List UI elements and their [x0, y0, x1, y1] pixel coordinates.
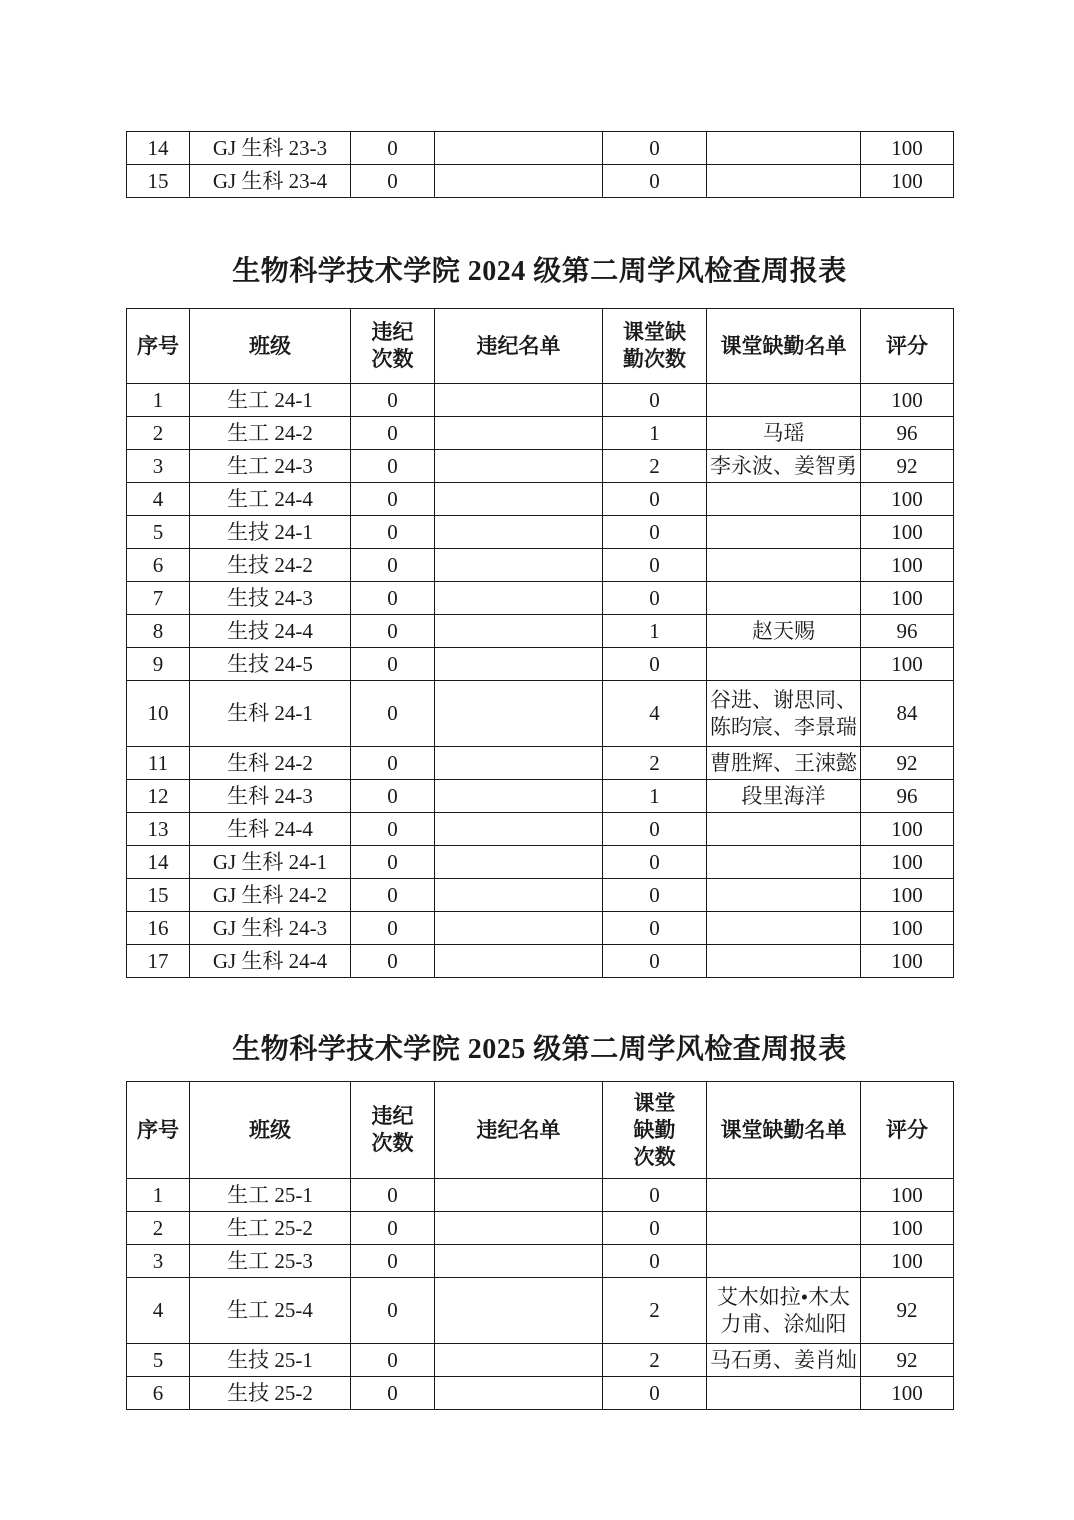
column-header: 班级	[190, 309, 351, 384]
table-cell	[435, 945, 603, 978]
table-cell: 1	[127, 384, 190, 417]
table-cell: 0	[351, 582, 435, 615]
table-row: 3生工 25-300100	[127, 1245, 954, 1278]
table-row: 12生科 24-301段里海洋96	[127, 780, 954, 813]
table-cell: GJ 生科 24-1	[190, 846, 351, 879]
column-header: 课堂缺勤名单	[707, 309, 861, 384]
header-row: 序号班级违纪 次数违纪名单课堂 缺勤 次数课堂缺勤名单评分	[127, 1082, 954, 1179]
table-cell: 14	[127, 132, 190, 165]
table-cell: 谷进、谢思同、 陈昀宸、李景瑞	[707, 681, 861, 747]
table-cell	[707, 1179, 861, 1212]
table-cell: 0	[351, 879, 435, 912]
table-cell: 生技 24-5	[190, 648, 351, 681]
report-title-2025: 生物科学技术学院 2025 级第二周学风检查周报表	[126, 1033, 953, 1067]
table-cell: 0	[351, 384, 435, 417]
table-cell: 生工 25-1	[190, 1179, 351, 1212]
table-cell	[707, 165, 861, 198]
table-cell: 9	[127, 648, 190, 681]
table-cell: 0	[351, 516, 435, 549]
table-cell: 100	[861, 582, 954, 615]
table-cell: 1	[603, 615, 707, 648]
table-cell: 100	[861, 648, 954, 681]
report-table-2023-partial: 14GJ 生科 23-30010015GJ 生科 23-400100	[126, 131, 954, 198]
table-cell: 生技 24-2	[190, 549, 351, 582]
table-row: 6生技 24-200100	[127, 549, 954, 582]
table-cell	[707, 582, 861, 615]
column-header: 评分	[861, 1082, 954, 1179]
table-cell: 生科 24-1	[190, 681, 351, 747]
column-header: 课堂缺勤名单	[707, 1082, 861, 1179]
column-header: 违纪名单	[435, 309, 603, 384]
table-cell: 100	[861, 945, 954, 978]
table-cell	[707, 384, 861, 417]
table-cell: 2	[603, 1344, 707, 1377]
table-cell: 0	[603, 549, 707, 582]
table-cell: 生技 25-2	[190, 1377, 351, 1410]
table-cell: 100	[861, 132, 954, 165]
table-cell: 李永波、姜智勇	[707, 450, 861, 483]
table-cell: 100	[861, 846, 954, 879]
table-cell	[707, 132, 861, 165]
table-cell: 100	[861, 1245, 954, 1278]
table-cell: 100	[861, 1212, 954, 1245]
table-cell	[435, 384, 603, 417]
table-cell: 2	[603, 450, 707, 483]
table-cell	[435, 879, 603, 912]
table-row: 11生科 24-202曹胜辉、王涑懿92	[127, 747, 954, 780]
table-cell: 16	[127, 912, 190, 945]
table-cell: 4	[127, 483, 190, 516]
table-cell: 0	[351, 1377, 435, 1410]
table-cell: 0	[351, 417, 435, 450]
table-cell: 0	[351, 945, 435, 978]
table-cell	[435, 516, 603, 549]
table-cell: 生工 25-2	[190, 1212, 351, 1245]
table-cell: 96	[861, 417, 954, 450]
table-cell: 生科 24-2	[190, 747, 351, 780]
table-cell: GJ 生科 24-3	[190, 912, 351, 945]
table-cell: 生科 24-3	[190, 780, 351, 813]
table-cell: 14	[127, 846, 190, 879]
table-cell: 6	[127, 1377, 190, 1410]
table-cell: 4	[127, 1278, 190, 1344]
column-header: 序号	[127, 309, 190, 384]
table-cell	[435, 1278, 603, 1344]
table-cell: 3	[127, 1245, 190, 1278]
column-header: 课堂 缺勤 次数	[603, 1082, 707, 1179]
top-whitespace	[0, 0, 1074, 131]
table-cell: 0	[351, 813, 435, 846]
table-cell: 生工 24-4	[190, 483, 351, 516]
table-cell: 100	[861, 384, 954, 417]
table-row: 6生技 25-200100	[127, 1377, 954, 1410]
table-cell: 92	[861, 450, 954, 483]
table-cell	[707, 1245, 861, 1278]
table-cell: 0	[351, 549, 435, 582]
table-cell	[707, 1212, 861, 1245]
table-cell: 96	[861, 615, 954, 648]
table-cell: 生工 25-3	[190, 1245, 351, 1278]
table-cell: 92	[861, 747, 954, 780]
table-cell: GJ 生科 24-4	[190, 945, 351, 978]
table-cell: 0	[603, 516, 707, 549]
column-header: 评分	[861, 309, 954, 384]
table-cell: 0	[351, 681, 435, 747]
table-cell: 0	[603, 945, 707, 978]
table-cell	[435, 165, 603, 198]
table-cell	[435, 846, 603, 879]
table-cell: 0	[603, 846, 707, 879]
table-row: 10生科 24-104谷进、谢思同、 陈昀宸、李景瑞84	[127, 681, 954, 747]
table-cell	[707, 483, 861, 516]
table-cell: 生工 24-2	[190, 417, 351, 450]
table-cell	[435, 549, 603, 582]
table-row: 14GJ 生科 24-100100	[127, 846, 954, 879]
table-cell: 100	[861, 1377, 954, 1410]
table-cell: 0	[603, 165, 707, 198]
table-cell: 17	[127, 945, 190, 978]
table-cell: 8	[127, 615, 190, 648]
table-cell: 0	[351, 615, 435, 648]
table-cell: 0	[603, 1245, 707, 1278]
table-cell	[435, 1245, 603, 1278]
column-header: 课堂缺 勤次数	[603, 309, 707, 384]
table-cell: 0	[351, 132, 435, 165]
report-table-2024: 序号班级违纪 次数违纪名单课堂缺 勤次数课堂缺勤名单评分1生工 24-10010…	[126, 308, 954, 978]
table-cell: GJ 生科 24-2	[190, 879, 351, 912]
table-cell: 100	[861, 879, 954, 912]
table-cell: 曹胜辉、王涑懿	[707, 747, 861, 780]
table-cell	[435, 747, 603, 780]
table-cell	[707, 846, 861, 879]
table-cell: 0	[603, 132, 707, 165]
table-cell: 生技 24-4	[190, 615, 351, 648]
table-cell	[435, 780, 603, 813]
table-row: 15GJ 生科 23-400100	[127, 165, 954, 198]
table-cell: 0	[351, 1245, 435, 1278]
table-cell: 15	[127, 879, 190, 912]
table-row: 14GJ 生科 23-300100	[127, 132, 954, 165]
table-row: 2生工 24-201马瑶96	[127, 417, 954, 450]
table-cell: 1	[603, 417, 707, 450]
table-cell: 0	[351, 648, 435, 681]
table-cell: 1	[603, 780, 707, 813]
table-cell: 10	[127, 681, 190, 747]
table-cell: GJ 生科 23-4	[190, 165, 351, 198]
table-cell: 0	[603, 483, 707, 516]
table-cell: 1	[127, 1179, 190, 1212]
table-row: 13生科 24-400100	[127, 813, 954, 846]
table-cell: 0	[603, 648, 707, 681]
table-cell: 0	[351, 483, 435, 516]
table-cell	[435, 1179, 603, 1212]
table-cell	[435, 681, 603, 747]
report-title-2024: 生物科学技术学院 2024 级第二周学风检查周报表	[126, 255, 953, 289]
table-cell: 生工 24-3	[190, 450, 351, 483]
table-cell	[707, 813, 861, 846]
table-cell: 生工 25-4	[190, 1278, 351, 1344]
table-cell: 马瑶	[707, 417, 861, 450]
table-cell: 0	[603, 879, 707, 912]
table-cell: 生技 24-1	[190, 516, 351, 549]
table-cell: 100	[861, 549, 954, 582]
table-row: 3生工 24-302李永波、姜智勇92	[127, 450, 954, 483]
table-row: 4生工 25-402艾木如拉•木太 力甫、涂灿阳92	[127, 1278, 954, 1344]
report-table-2025: 序号班级违纪 次数违纪名单课堂 缺勤 次数课堂缺勤名单评分1生工 25-1001…	[126, 1081, 954, 1410]
table-cell: 100	[861, 483, 954, 516]
table-cell: 0	[603, 384, 707, 417]
table-cell	[707, 912, 861, 945]
table-cell: 生科 24-4	[190, 813, 351, 846]
table-cell: 赵天赐	[707, 615, 861, 648]
table-cell: 0	[603, 1179, 707, 1212]
table-cell: 12	[127, 780, 190, 813]
table-cell: 100	[861, 165, 954, 198]
table-cell	[435, 912, 603, 945]
table-cell: 100	[861, 516, 954, 549]
table-cell: GJ 生科 23-3	[190, 132, 351, 165]
table-cell: 92	[861, 1344, 954, 1377]
table-cell	[707, 1377, 861, 1410]
table-row: 1生工 24-100100	[127, 384, 954, 417]
table-cell: 生工 24-1	[190, 384, 351, 417]
table-cell: 0	[351, 165, 435, 198]
table-cell: 100	[861, 912, 954, 945]
table-cell	[707, 648, 861, 681]
table-cell: 0	[351, 1278, 435, 1344]
table-cell: 0	[351, 846, 435, 879]
table-cell: 100	[861, 813, 954, 846]
table-cell: 5	[127, 1344, 190, 1377]
table-cell: 100	[861, 1179, 954, 1212]
table-row: 8生技 24-401赵天赐96	[127, 615, 954, 648]
table-cell	[435, 483, 603, 516]
table-cell: 84	[861, 681, 954, 747]
table-row: 1生工 25-100100	[127, 1179, 954, 1212]
table-cell: 15	[127, 165, 190, 198]
table-row: 2生工 25-200100	[127, 1212, 954, 1245]
table-cell	[435, 813, 603, 846]
table-row: 5生技 25-102马石勇、姜肖灿92	[127, 1344, 954, 1377]
table-cell: 3	[127, 450, 190, 483]
table-cell	[435, 1377, 603, 1410]
table-cell	[707, 516, 861, 549]
table-row: 4生工 24-400100	[127, 483, 954, 516]
table-cell: 92	[861, 1278, 954, 1344]
table-cell: 艾木如拉•木太 力甫、涂灿阳	[707, 1278, 861, 1344]
table-row: 9生技 24-500100	[127, 648, 954, 681]
table-cell: 0	[603, 1212, 707, 1245]
table-cell: 段里海洋	[707, 780, 861, 813]
table-cell: 0	[351, 912, 435, 945]
table-row: 7生技 24-300100	[127, 582, 954, 615]
table-row: 16GJ 生科 24-300100	[127, 912, 954, 945]
table-row: 15GJ 生科 24-200100	[127, 879, 954, 912]
column-header: 违纪 次数	[351, 309, 435, 384]
table-cell	[435, 1344, 603, 1377]
table-cell: 生技 25-1	[190, 1344, 351, 1377]
table-cell	[435, 450, 603, 483]
table-cell	[707, 945, 861, 978]
table-cell: 0	[351, 450, 435, 483]
table-row: 5生技 24-100100	[127, 516, 954, 549]
table-row: 17GJ 生科 24-400100	[127, 945, 954, 978]
table-cell: 2	[603, 1278, 707, 1344]
column-header: 序号	[127, 1082, 190, 1179]
table-cell	[435, 132, 603, 165]
table-cell: 马石勇、姜肖灿	[707, 1344, 861, 1377]
table-cell: 6	[127, 549, 190, 582]
column-header: 违纪 次数	[351, 1082, 435, 1179]
table-cell: 7	[127, 582, 190, 615]
table-cell: 96	[861, 780, 954, 813]
table-cell	[707, 549, 861, 582]
table-cell: 0	[603, 912, 707, 945]
table-cell: 0	[603, 582, 707, 615]
table-cell: 0	[351, 1179, 435, 1212]
table-cell: 2	[127, 1212, 190, 1245]
table-cell: 4	[603, 681, 707, 747]
table-cell: 0	[351, 1344, 435, 1377]
document-page: 14GJ 生科 23-30010015GJ 生科 23-400100 生物科学技…	[0, 0, 1074, 1520]
table-cell	[435, 615, 603, 648]
table-cell	[435, 1212, 603, 1245]
table-cell	[707, 879, 861, 912]
table-cell: 0	[603, 1377, 707, 1410]
table-cell: 2	[127, 417, 190, 450]
table-cell: 0	[351, 747, 435, 780]
table-cell: 13	[127, 813, 190, 846]
table-cell	[435, 648, 603, 681]
table-cell	[435, 582, 603, 615]
table-cell: 11	[127, 747, 190, 780]
table-cell: 0	[351, 780, 435, 813]
table-cell	[435, 417, 603, 450]
table-cell: 生技 24-3	[190, 582, 351, 615]
table-cell: 2	[603, 747, 707, 780]
header-row: 序号班级违纪 次数违纪名单课堂缺 勤次数课堂缺勤名单评分	[127, 309, 954, 384]
column-header: 违纪名单	[435, 1082, 603, 1179]
column-header: 班级	[190, 1082, 351, 1179]
table-cell: 0	[603, 813, 707, 846]
table-cell: 0	[351, 1212, 435, 1245]
table-cell: 5	[127, 516, 190, 549]
